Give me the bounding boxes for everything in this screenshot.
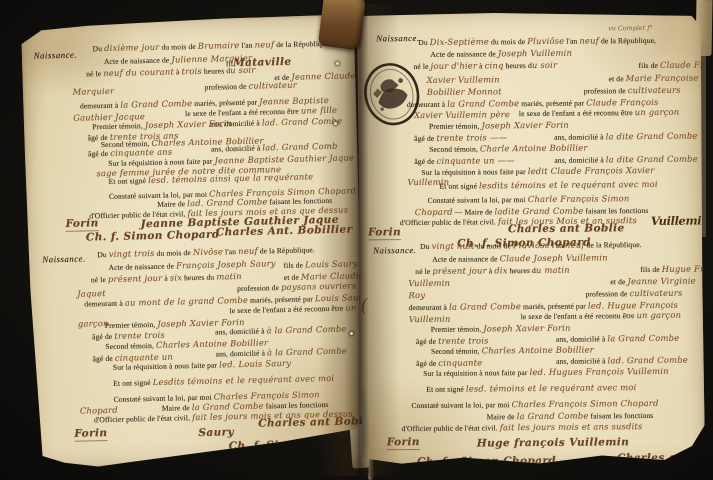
handwritten-entry: u matin	[536, 265, 570, 275]
stitch-hole	[350, 332, 353, 335]
handwritten-entry: neuf	[254, 39, 274, 49]
handwritten-entry: led. Hugues François Vuillemin	[529, 366, 668, 377]
record-line: (	[361, 297, 368, 316]
record-line: Forin	[368, 223, 401, 240]
printed-form-text: d'Officier public de l'état civil,	[94, 413, 192, 424]
record-line: Huge françois Vuillemin	[477, 433, 630, 451]
handwritten-entry: led. Louis Saury	[219, 358, 291, 370]
handwritten-entry: jour d'hier	[430, 60, 477, 70]
handwritten-entry: cinq	[485, 60, 504, 70]
printed-form-text: Du	[418, 38, 430, 47]
printed-form-text: né le	[86, 69, 103, 78]
birth-record-margin-label: Naissance.	[34, 46, 78, 64]
printed-form-text: ans, domicilié à	[210, 118, 262, 128]
handwritten-entry: lad. Grand Combe	[262, 116, 343, 128]
record-line: Ch. f. Simon Chopard	[228, 434, 362, 454]
record-line: Forin	[74, 424, 107, 442]
printed-form-text: heures du	[182, 273, 216, 283]
handwritten-entry: dix	[494, 265, 507, 275]
record-line: Charles ant Bobillier	[617, 448, 713, 466]
handwritten-entry: Jeanne Claude	[291, 70, 355, 81]
record-line: Charles Ant. Bobillier	[216, 220, 353, 240]
handwritten-entry: fait les jours mois et ans susdits	[500, 421, 643, 432]
printed-form-text: heures d	[504, 61, 532, 70]
signature: Ch. f. Simon Chopard	[229, 437, 363, 452]
signature: Forin	[74, 427, 107, 442]
signature: Forin	[387, 436, 420, 450]
record-line: Ch. fr. Simon Chopard	[417, 452, 556, 470]
handwritten-entry: un garçon	[636, 310, 681, 320]
handwritten-entry: un	[345, 302, 356, 312]
printed-form-text: heures d	[508, 266, 536, 275]
birth-record-margin-label: Naissance.	[373, 241, 417, 258]
printed-form-text: Du	[97, 250, 109, 259]
handwritten-entry: u soir	[230, 65, 256, 76]
printed-form-text: d'Officier public de l'état civil.	[400, 217, 498, 227]
printed-form-text: né le	[91, 275, 108, 284]
handwritten-entry: la dite Grand Combe	[606, 131, 698, 142]
printed-form-text: d'Officier public de l'état civil.	[402, 423, 500, 433]
margin-label: Naissance.	[42, 253, 86, 264]
handwritten-entry: u soir	[532, 60, 557, 70]
printed-form-text: Sur la réquisition à nous faite par	[113, 360, 219, 371]
printed-form-text: le sexe de l'enfant a été reconnu être	[229, 304, 345, 316]
stitch-hole	[336, 62, 339, 65]
record-line: ans, domicilié à lad. Grand Combe	[210, 112, 342, 132]
handwritten-entry: à la Grand Combe	[266, 324, 346, 336]
handwritten-entry: cultivateur	[248, 80, 297, 91]
handwritten-entry: présent jour	[108, 273, 163, 284]
stitch-hole	[334, 122, 337, 125]
record-line: le sexe de l'enfant a été reconnu être u…	[229, 298, 356, 318]
handwritten-entry: la Grand Combe	[607, 333, 679, 344]
printed-form-text: Et ont signé	[109, 176, 149, 186]
printed-form-text: de la République,	[599, 36, 656, 45]
signature: Forin	[368, 226, 401, 240]
printed-form-text: à	[487, 266, 495, 275]
register-photo: Naissance.Du dixième jour du mois de Bru…	[0, 0, 713, 480]
margin-label: Naissance.	[34, 50, 78, 61]
signature: Charles Ant. Bobillier	[216, 223, 353, 238]
printed-form-text: profession de	[204, 82, 248, 92]
handwritten-entry: six	[170, 272, 183, 282]
signature: Ch. fr. Simon Chopard	[417, 455, 556, 468]
record-line: Vuillemin	[651, 212, 709, 229]
printed-form-text: Du	[92, 44, 104, 53]
printed-form-text: né le	[413, 62, 430, 71]
printed-form-text: Et ont signé	[113, 378, 153, 388]
birth-record-margin-label: Naissance.	[376, 29, 420, 46]
birth-record-margin-label: Naissance.	[42, 249, 86, 267]
printed-form-text: heures d	[202, 66, 231, 76]
handwritten-entry: neuf	[579, 35, 599, 45]
margin-label: Naissance.	[376, 33, 419, 43]
printed-form-text: Du	[420, 242, 432, 251]
handwritten-entry: un garçon	[635, 107, 680, 117]
record-line: né le présent jour à six heures du matin	[91, 267, 242, 287]
handwritten-entry: neuf du courant	[103, 66, 174, 78]
signature: Ch. f. Simon Chopard	[86, 228, 220, 243]
printed-form-text: demeurant à	[84, 299, 125, 309]
signature: Huge françois Vuillemin	[477, 436, 629, 449]
printed-form-text: Sur la réquisition à nous faite par	[423, 368, 529, 378]
margin-label: Naissance.	[373, 245, 416, 255]
printed-form-text: âgé de	[93, 354, 115, 364]
signature-heavy: Vuillemin	[651, 213, 709, 228]
record-line: Forin	[387, 433, 420, 450]
right-page: Naissance.vu Complet f°Du Dix-Septième d…	[356, 8, 706, 469]
printed-form-text: Et ont signé	[426, 385, 466, 394]
ink-mark: (	[360, 295, 367, 316]
signature: Charles ant Bobillier	[617, 451, 713, 464]
bookmark-strap	[318, 0, 366, 50]
handwritten-entry: trois	[181, 66, 202, 76]
handwritten-entry: la Grand Combe	[449, 301, 521, 312]
printed-form-text: âgé de	[88, 149, 110, 159]
left-page-content: Naissance.Du dixième jour du mois de Bru…	[21, 14, 367, 470]
printed-form-text: Et ont signé	[439, 181, 479, 190]
handwritten-entry: lesd. témoins et le requérant avec moi	[466, 382, 637, 393]
left-page: Naissance.Du dixième jour du mois de Bru…	[21, 14, 367, 470]
